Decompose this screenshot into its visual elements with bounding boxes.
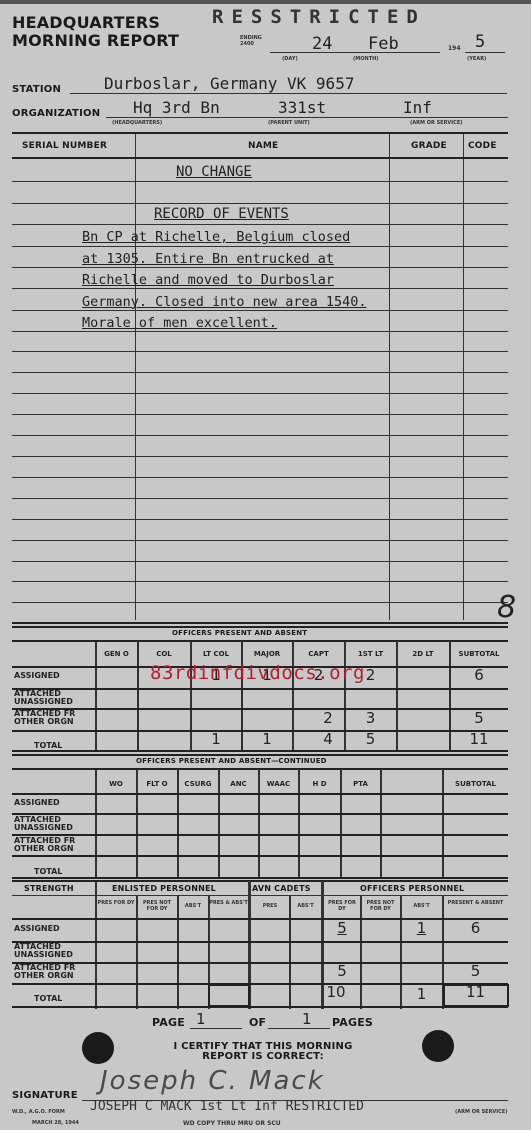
org-headquarters: Hq 3rd Bn [133, 98, 220, 117]
ending-label: ENDING 2400 [240, 35, 262, 47]
organization-label: ORGANIZATION [12, 108, 100, 119]
punch-hole-right [422, 1030, 454, 1062]
record-line: Germany. Closed into new area 1540. [82, 292, 366, 314]
page-total: 1 [302, 1010, 312, 1028]
year-value: 5 [475, 32, 485, 52]
form-date: MARCH 28, 1944 [32, 1120, 79, 1126]
of-label: OF [249, 1016, 266, 1029]
record-line: Morale of men excellent. [82, 313, 366, 335]
row-label-total: TOTAL [34, 868, 62, 876]
pages-label: PAGES [332, 1016, 373, 1029]
record-of-events-heading: RECORD OF EVENTS [154, 206, 289, 222]
col-grade: GRADE [411, 141, 447, 151]
morning-report-form: HEADQUARTERS MORNING REPORT RESSTRICTED … [0, 4, 531, 1130]
enlisted-group: ENLISTED PERSONNEL [112, 884, 216, 893]
enlisted-total-box [208, 984, 250, 1007]
day-value: 24 [312, 34, 332, 54]
record-line: at 1305. Entire Bn entrucked at [82, 249, 366, 271]
year-prefix: 194 [448, 45, 461, 52]
form-title-line1: HEADQUARTERS [12, 14, 179, 32]
record-of-events-text: Bn CP at Richelle, Belgium closed at 130… [82, 227, 366, 335]
col-serial-number: SERIAL NUMBER [22, 141, 107, 151]
col-name: NAME [248, 141, 278, 151]
row-label-attached-unassigned: ATTACHED UNASSIGNED [14, 943, 89, 959]
margin-mark: 8 [497, 590, 516, 625]
page-label: PAGE [152, 1016, 185, 1029]
officers-personnel-group: OFFICERS PERSONNEL [360, 884, 464, 893]
signature-script: Joseph C. Mack [100, 1066, 325, 1096]
officers-title: OFFICERS PRESENT AND ABSENT [172, 629, 307, 637]
row-label-attached-other: ATTACHED FR OTHER ORGN [14, 710, 94, 726]
signature-label: SIGNATURE [12, 1090, 78, 1101]
record-line: Bn CP at Richelle, Belgium closed [82, 227, 366, 249]
avn-cadets-group: AVN CADETS [252, 884, 311, 893]
month-value: Feb [368, 34, 399, 54]
form-title: HEADQUARTERS MORNING REPORT [12, 14, 179, 50]
row-label-attached-unassigned: ATTACHED UNASSIGNED [14, 816, 89, 832]
website-watermark: 83rdinfdivdocs.org [150, 662, 365, 684]
station-value: Durboslar, Germany VK 9657 [104, 74, 354, 93]
no-change-entry: NO CHANGE [176, 164, 252, 180]
typed-name: JOSEPH C MACK 1st Lt Inf RESTRICTED [90, 1099, 364, 1114]
row-label-assigned: ASSIGNED [14, 925, 60, 933]
row-label-attached-other: ATTACHED FR OTHER ORGN [14, 837, 94, 853]
classification-stamp: RESSTRICTED [212, 6, 426, 28]
org-parent-unit: 331st [278, 98, 326, 117]
page-number: 1 [196, 1010, 206, 1028]
station-label: STATION [12, 84, 61, 95]
row-label-total: TOTAL [34, 742, 62, 750]
col-code: CODE [468, 141, 497, 151]
row-label-total: TOTAL [34, 995, 62, 1003]
strength-title: STRENGTH [24, 884, 74, 893]
org-arm: Inf [403, 98, 432, 117]
row-label-attached-other: ATTACHED FR OTHER ORGN [14, 964, 94, 980]
row-label-attached-unassigned: ATTACHED UNASSIGNED [14, 690, 89, 706]
record-line: Richelle and moved to Durboslar [82, 270, 366, 292]
form-id: W.D., A.G.O. FORM [12, 1109, 65, 1115]
certification-text: I CERTIFY THAT THIS MORNING REPORT IS CO… [158, 1042, 368, 1062]
punch-hole-left [82, 1032, 114, 1064]
row-label-assigned: ASSIGNED [14, 799, 60, 807]
officers-cont-title: OFFICERS PRESENT AND ABSENT—CONTINUED [136, 757, 327, 765]
copy-note: WD COPY THRU MRU OR SCU [183, 1120, 281, 1127]
form-title-line2: MORNING REPORT [12, 32, 179, 50]
row-label-assigned: ASSIGNED [14, 672, 60, 680]
